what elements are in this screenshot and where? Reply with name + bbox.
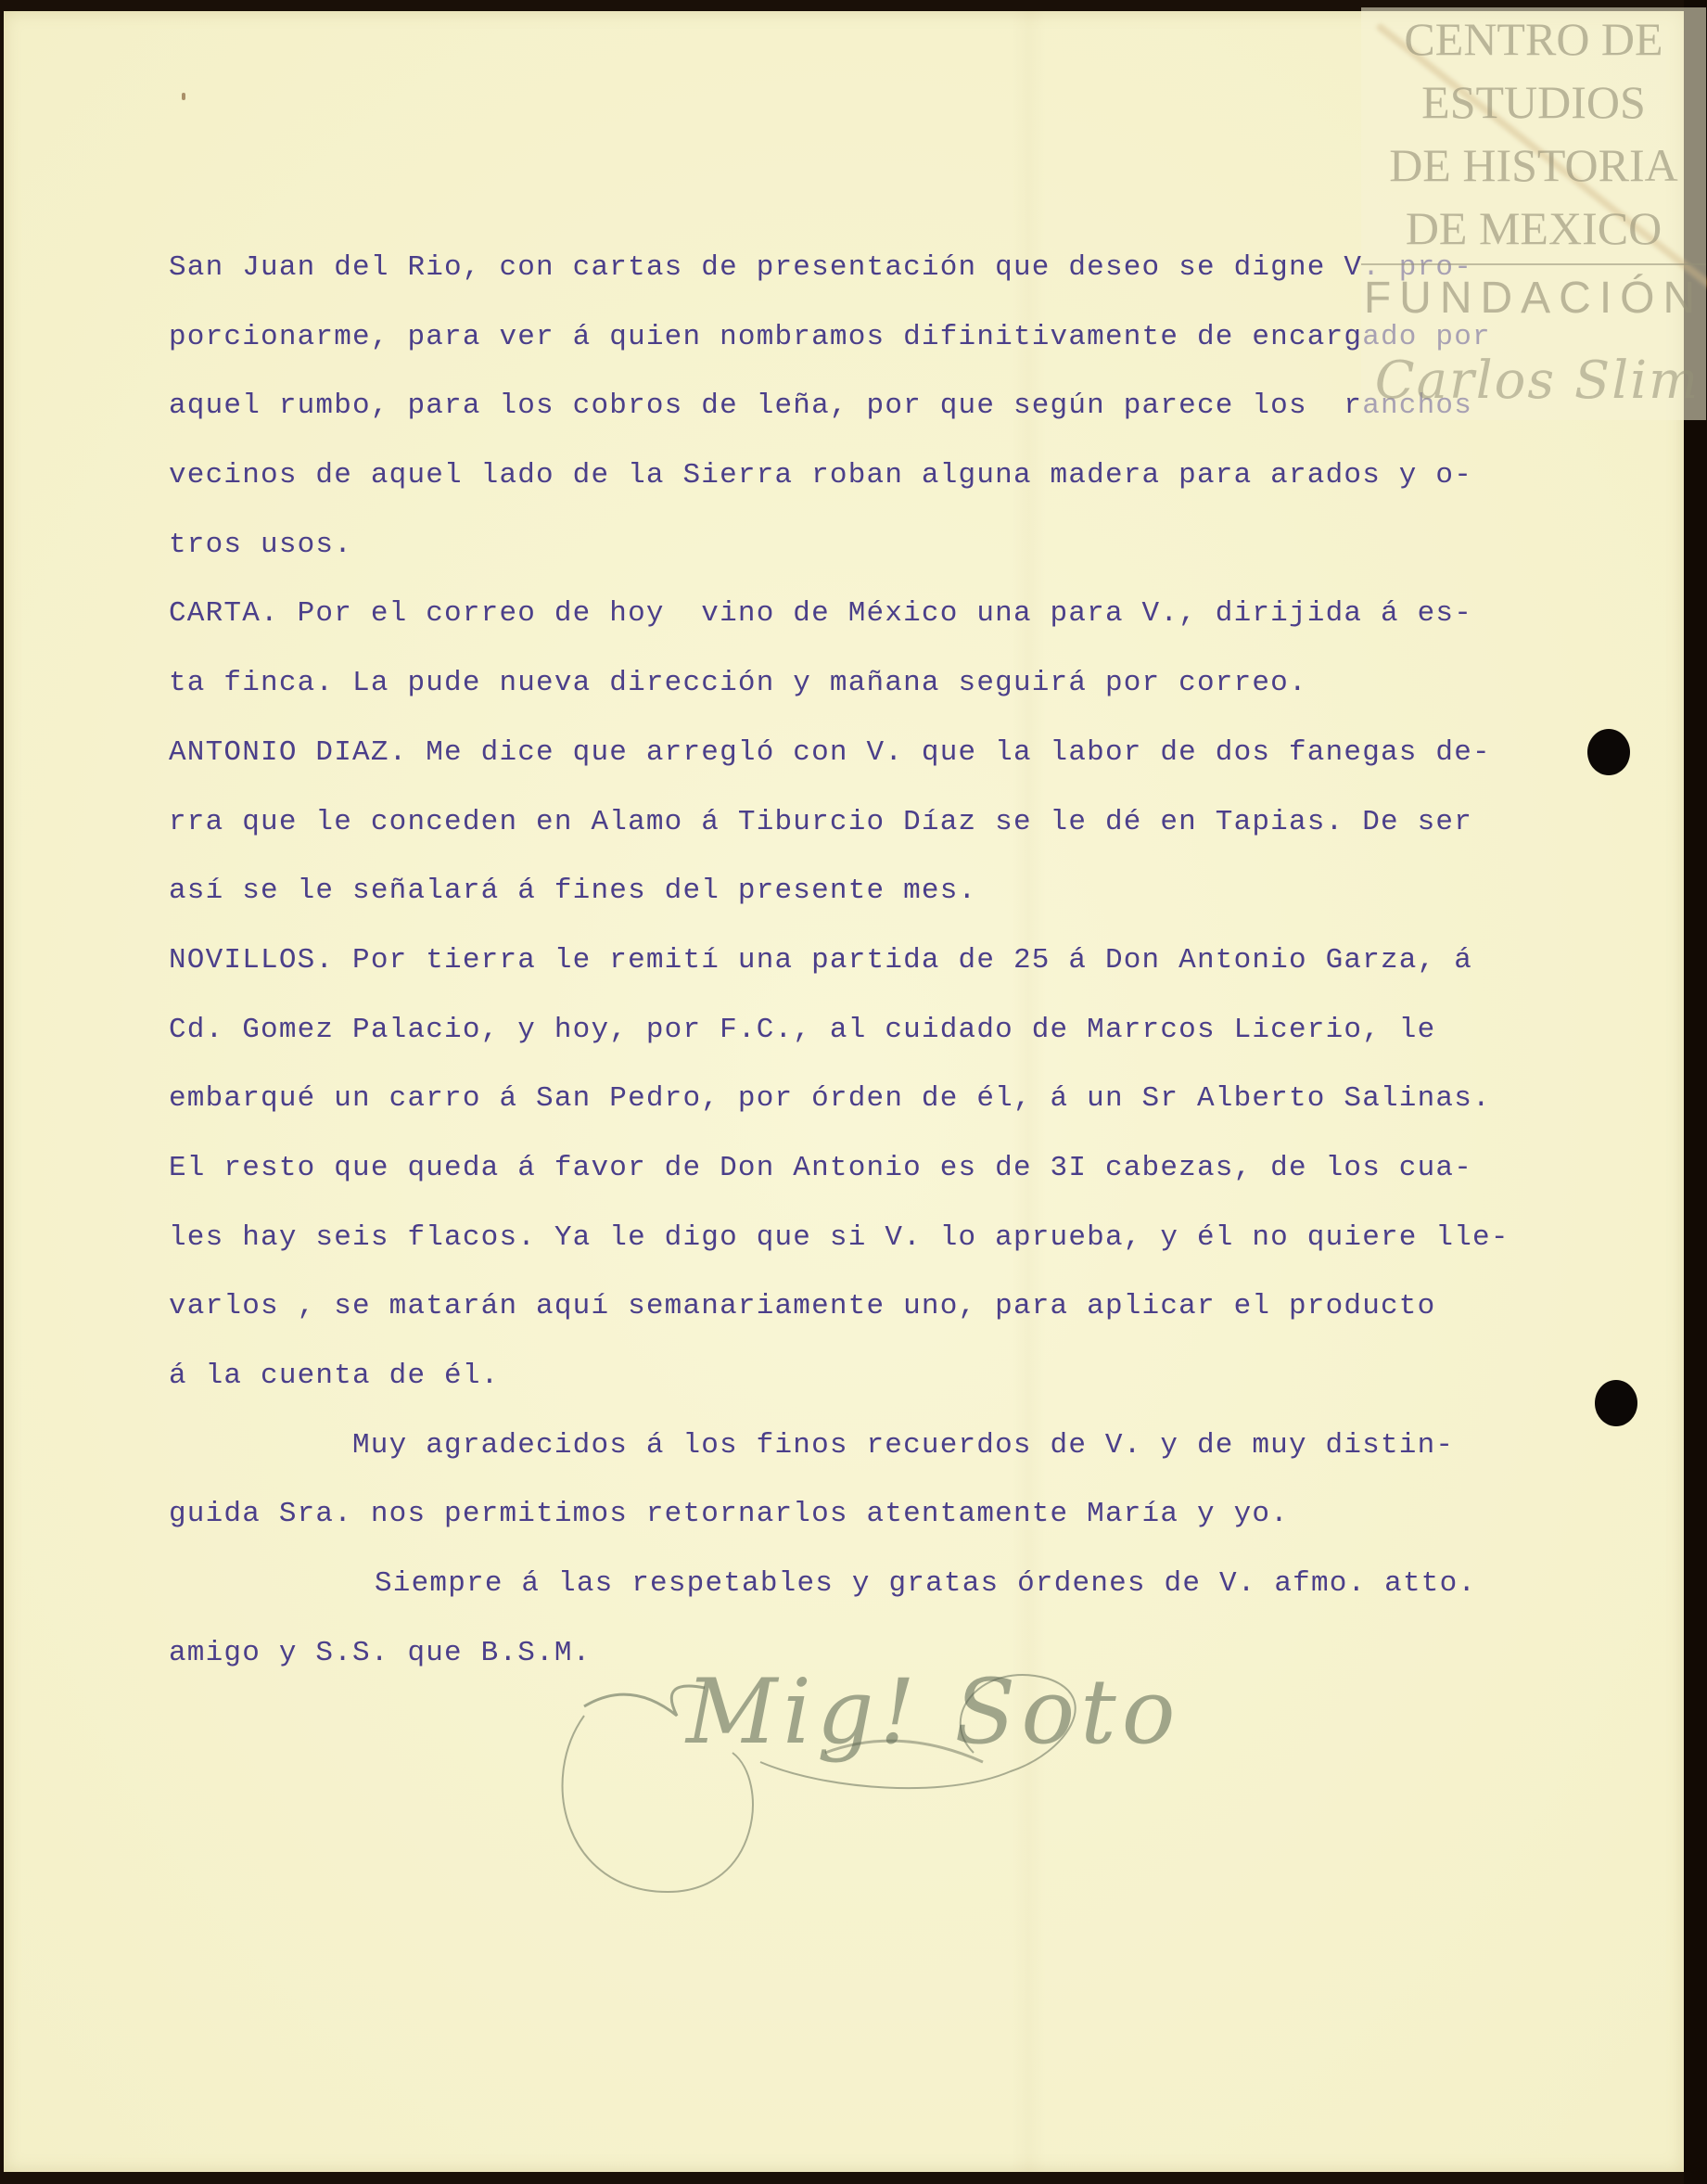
letter-line: embarqué un carro á San Pedro, por órden… <box>169 1074 1671 1143</box>
letter-line: así se le señalará á fines del presente … <box>169 866 1671 936</box>
letter-line-novillos: NOVILLOS. Por tierra le remití una parti… <box>169 936 1671 1005</box>
letter-line: El resto que queda á favor de Don Antoni… <box>169 1143 1671 1213</box>
letter-line: á la cuenta de él. <box>169 1351 1671 1421</box>
closing-line: Muy agradecidos á los finos recuerdos de… <box>169 1421 1671 1490</box>
watermark-line: CENTRO DE <box>1361 7 1706 70</box>
watermark-divider <box>1361 263 1706 265</box>
punch-hole <box>1587 729 1630 775</box>
closing-line: guida Sra. nos permitimos retornarlos at… <box>169 1489 1671 1559</box>
watermark-signature: Carlos Slim <box>1370 351 1704 411</box>
letter-line: tros usos. <box>169 520 1671 590</box>
watermark-foundation: FUNDACIÓN <box>1361 273 1706 324</box>
watermark-line: ESTUDIOS <box>1361 70 1706 134</box>
letter-body: San Juan del Rio, con cartas de presenta… <box>169 243 1671 1697</box>
handwritten-signature: Mig! Soto <box>547 1641 1400 1901</box>
signature-text: Mig! Soto <box>686 1660 1180 1764</box>
letter-line: Cd. Gomez Palacio, y hoy, por F.C., al c… <box>169 1005 1671 1075</box>
letter-line: les hay seis flacos. Ya le digo que si V… <box>169 1213 1671 1283</box>
letter-line-carta: CARTA. Por el correo de hoy vino de Méxi… <box>169 589 1671 658</box>
closing-line: Siempre á las respetables y gratas órden… <box>169 1559 1671 1628</box>
watermark-line: DE HISTORIA <box>1361 134 1706 197</box>
letter-line: rra que le conceden en Alamo á Tiburcio … <box>169 798 1671 867</box>
watermark-line: DE MEXICO <box>1361 197 1706 260</box>
punch-hole <box>1595 1380 1637 1426</box>
archive-watermark: CENTRO DE ESTUDIOS DE HISTORIA DE MEXICO… <box>1361 7 1706 420</box>
letter-line: ta finca. La pude nueva dirección y maña… <box>169 658 1671 728</box>
letter-line: varlos , se matarán aquí semanariamente … <box>169 1282 1671 1351</box>
paper-speck <box>182 93 185 100</box>
letter-line-antonio-diaz: ANTONIO DIAZ. Me dice que arregló con V.… <box>169 728 1671 798</box>
letter-line: vecinos de aquel lado de la Sierra roban… <box>169 451 1671 520</box>
